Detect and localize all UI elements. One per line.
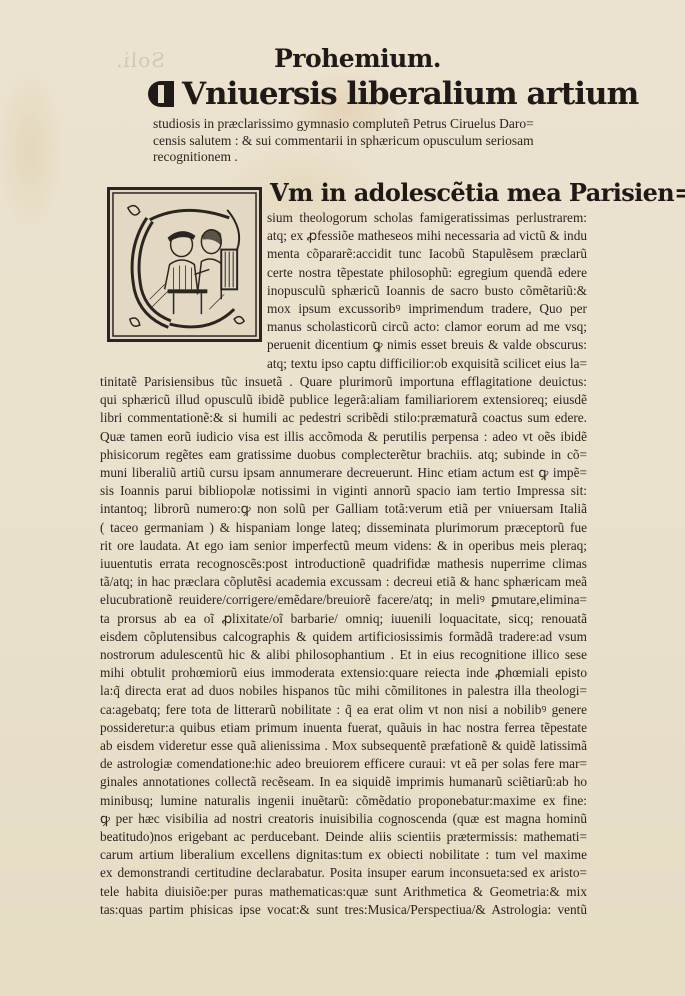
text-line: atq; ex ꝓfessiõe matheseos mihi necessar… — [267, 227, 587, 245]
text-line: rit ore laudata. At ego iam senior imper… — [100, 537, 587, 555]
text-line: elucubrationẽ reuidere/corrigere/emẽdare… — [100, 591, 587, 609]
text-line: certe nostra tẽpestate philosophũ: egreg… — [267, 264, 587, 282]
text-line: possideretur:a quibus etiam primum inuen… — [100, 719, 587, 737]
text-line: ꝙ per hæc visibilia ad nostri creatoris … — [100, 810, 587, 828]
text-line: eisdem cõplutensibus calcographis & quid… — [100, 628, 587, 646]
pilcrow-icon — [148, 81, 174, 107]
text-line: atq; textu ipso captu difficilior:ob exq… — [267, 355, 587, 373]
text-line: ginales annotationes collectã recẽseam. … — [100, 773, 587, 791]
text-line: intantoq; librorũ numero:ꝙ non solũ per … — [100, 500, 587, 518]
text-line: mox ipsum excussoribꝰ imprimendum trader… — [267, 300, 587, 318]
text-line: minibusq; lumine naturalis ingenii inuẽt… — [100, 792, 587, 810]
text-line: sium theologorum scholas famigeratissima… — [267, 209, 587, 227]
intro-line: recognitionem . — [153, 149, 543, 166]
text-line: ca:agebatq; fere tota de litterarũ nobil… — [100, 701, 587, 719]
text-line: mihi obtulit prohœmiorũ eius immoderata … — [100, 664, 587, 682]
text-line: ab eisdem videretur esse quã alienissima… — [100, 737, 587, 755]
text-line: tã/atq; in hac præclara cõplutẽsi academ… — [100, 573, 587, 591]
text-line: iuuentutis errata recognoscẽs:post intro… — [100, 555, 587, 573]
text-line: tas:quas partim phisicas ipse vocat:& su… — [100, 901, 587, 919]
text-line: muni liberaliũ artiũ cursu ipsam annumer… — [100, 464, 587, 482]
title-line: Vniuersis liberalium artium — [148, 76, 638, 112]
text-line: tele habita diuisiõe:per puras mathemati… — [100, 883, 587, 901]
woodcut-initial-c — [107, 187, 262, 342]
text-line: nostrorum adulescentũ hic & alibi philos… — [100, 646, 587, 664]
title-text: Vniuersis liberalium artium — [182, 76, 638, 112]
page-heading: Prohemium. — [0, 44, 685, 73]
text-line: ( taceo germaniam ) & hispaniam longe la… — [100, 519, 587, 537]
text-line: la:q̃ directa erat ad duos nobiles hispa… — [100, 682, 587, 700]
intro-line: studiosis in præclarissimo gymnasio comp… — [153, 116, 543, 133]
text-line: peruenit dicentium ꝙ nimis esset breuis … — [267, 336, 587, 354]
body-text-beside-initial: sium theologorum scholas famigeratissima… — [267, 209, 587, 373]
text-line: phisicorum regẽtes eam gratissime duobus… — [100, 446, 587, 464]
incipit-line: Vm in adolescẽtia mea Parisien= — [270, 178, 685, 207]
text-line: beatitudo)nos erigebant ac perducebant. … — [100, 828, 587, 846]
text-line: carum artium liberalium excellens dignit… — [100, 846, 587, 864]
text-line: libri commentationẽ:& si humili ac pedes… — [100, 409, 587, 427]
intro-line: censis salutem : & sui commentarii in sp… — [153, 133, 543, 150]
printed-page: Soli. Prohemium. Vniuersis liberalium ar… — [0, 0, 685, 996]
text-line: ta prorsus ab ea oĩ ꝓlixitate/oĩ barbari… — [100, 610, 587, 628]
text-line: Quæ tamen eorũ iudicio visa est illis ac… — [100, 428, 587, 446]
text-line: ex demonstrandi certitudine declarabatur… — [100, 864, 587, 882]
text-line: inopusculũ sphæricũ Ioannis de sacro bus… — [267, 282, 587, 300]
text-line: qui sphæricũ illud opusculũ ibidẽ public… — [100, 391, 587, 409]
text-line: sis Ioannis parui bibliopolæ notissimi i… — [100, 482, 587, 500]
text-line: manus scholasticorũ circũ acto: clamor e… — [267, 318, 587, 336]
text-line: de astrologiæ comendatione:hic adeo breu… — [100, 755, 587, 773]
text-line: menta cõpararẽ:accidit tunc Iacobũ Stapu… — [267, 245, 587, 263]
dedication-paragraph: studiosis in præclarissimo gymnasio comp… — [153, 116, 543, 166]
woodcut-illustration-icon — [110, 190, 259, 339]
text-line: tinitatẽ Parisiensibus tũc insuetã . Qua… — [100, 373, 587, 391]
body-text-full-width: tinitatẽ Parisiensibus tũc insuetã . Qua… — [100, 373, 587, 919]
